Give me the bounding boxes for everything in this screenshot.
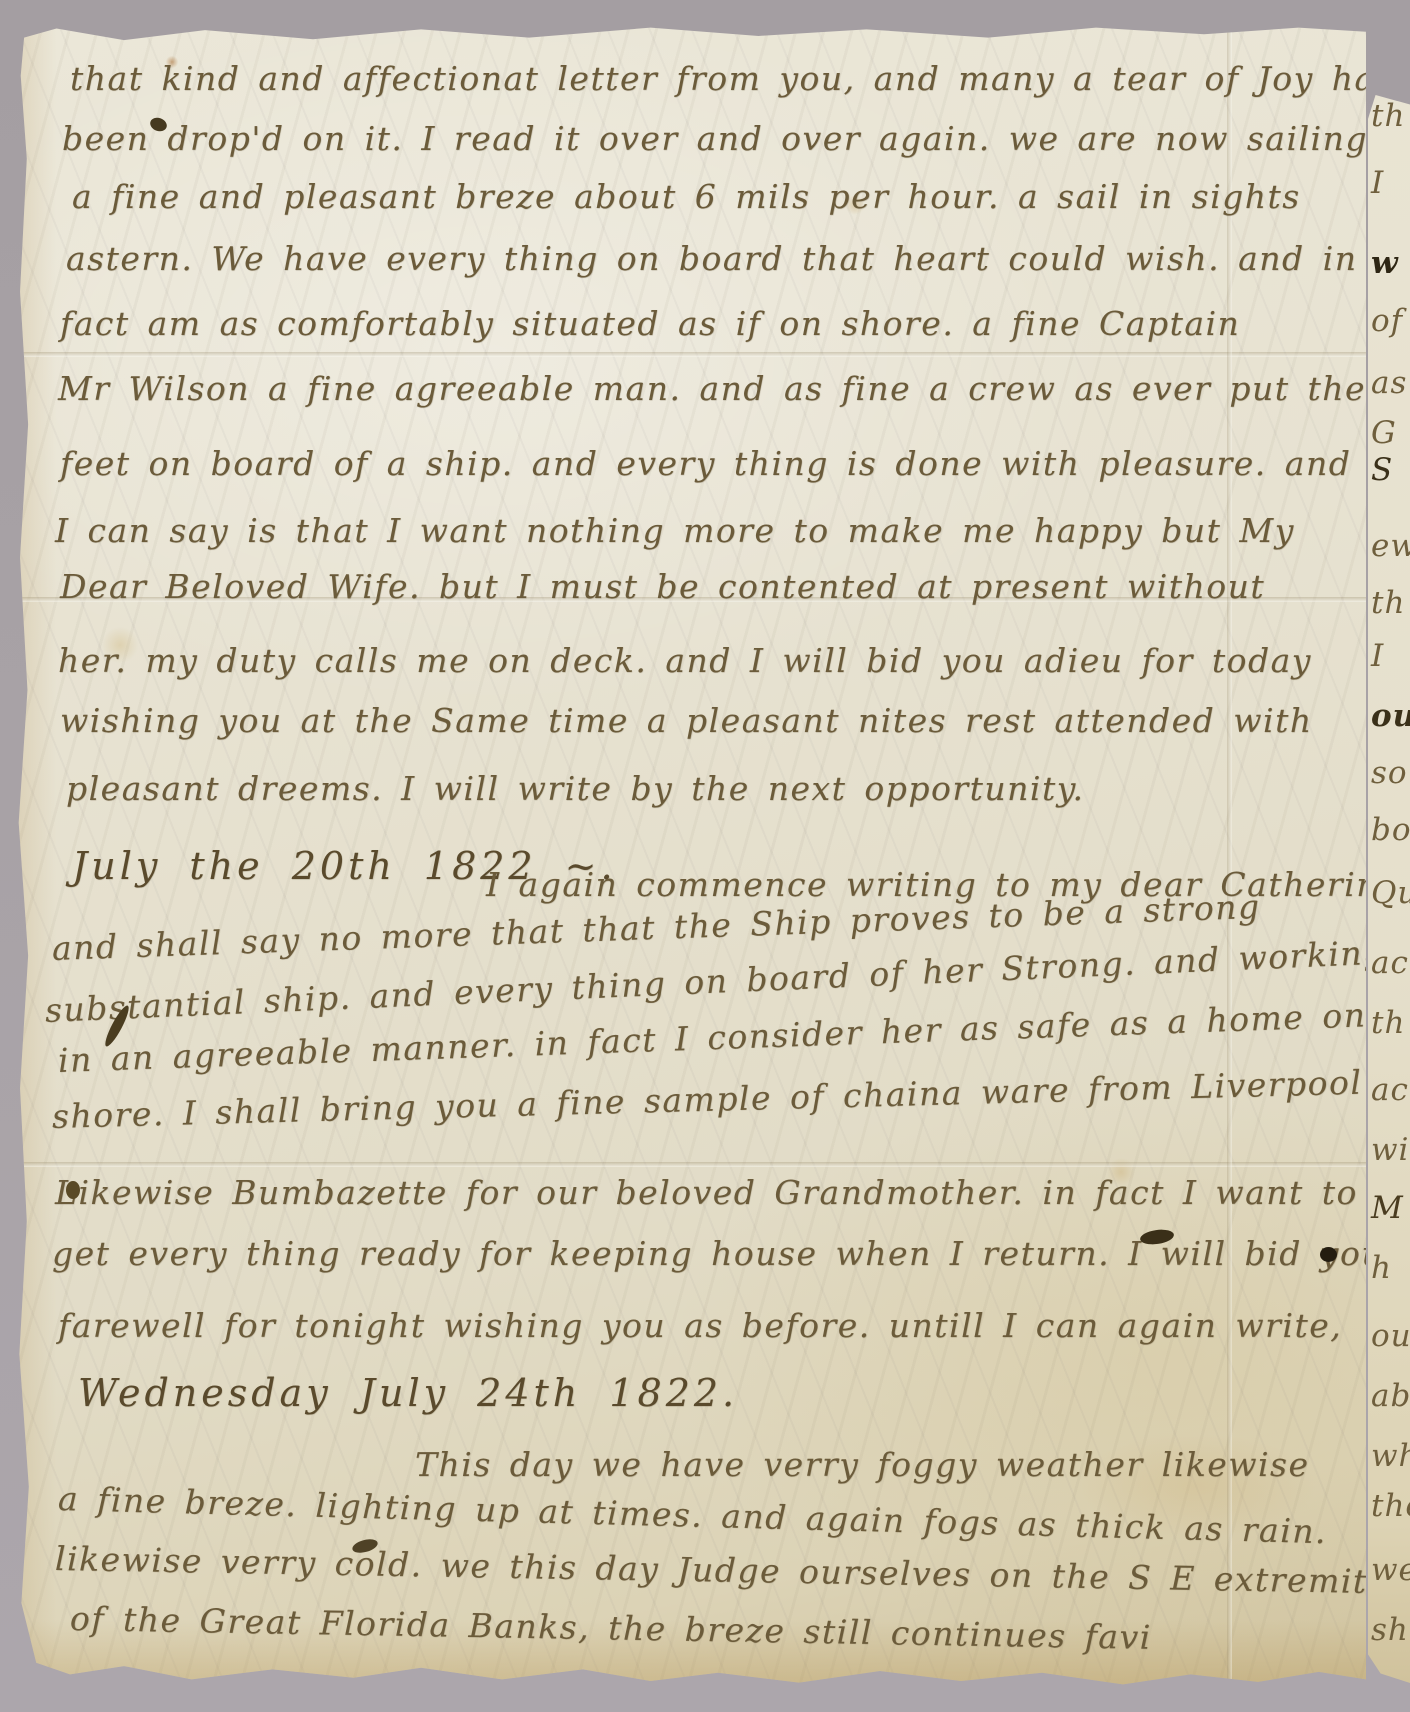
partial-text-fragment: wi: [1371, 1132, 1409, 1168]
letter-line: farewell for tonight wishing you as befo…: [58, 1307, 1342, 1345]
partial-text-fragment: ac: [1371, 1072, 1409, 1108]
fold-crease: [16, 352, 1366, 357]
partial-text-fragment: th: [1371, 98, 1405, 134]
partial-text-fragment: so: [1371, 755, 1408, 791]
partial-text-fragment: S: [1371, 452, 1393, 488]
letter-line: This day we have verry foggy weather lik…: [415, 1446, 1310, 1484]
date-heading: Wednesday July 24th 1822.: [78, 1372, 738, 1416]
partial-text-fragment: shi: [1371, 1612, 1410, 1648]
letter-line: get every thing ready for keeping house …: [52, 1235, 1384, 1273]
partial-text-fragment: ew: [1371, 528, 1410, 564]
partial-text-fragment: ab: [1371, 1378, 1410, 1414]
partial-text-fragment: I: [1371, 165, 1384, 201]
ink-blot: [66, 1181, 80, 1199]
letter-page: that kind and affectionat letter from yo…: [16, 26, 1366, 1686]
letter-line: been drop'd on it. I read it over and ov…: [62, 120, 1410, 158]
letter-line: fact am as comfortably situated as if on…: [60, 305, 1240, 343]
adjacent-page-edge: th I w of as G S ew th I ou so bo Qu ac …: [1368, 95, 1410, 1683]
letter-line: that kind and affectionat letter from yo…: [70, 60, 1394, 98]
partial-text-fragment: I: [1371, 638, 1384, 674]
letter-line: astern. We have every thing on board tha…: [66, 240, 1357, 278]
letter-line: Dear Beloved Wife. but I must be content…: [60, 568, 1265, 606]
partial-text-fragment: Qu: [1371, 875, 1410, 911]
partial-text-fragment: M: [1371, 1190, 1404, 1226]
letter-line: feet on board of a ship. and every thing…: [60, 445, 1410, 483]
partial-text-fragment: as: [1371, 365, 1407, 401]
fold-crease: [16, 1162, 1366, 1167]
partial-text-fragment: th: [1371, 1005, 1405, 1041]
letter-line: a fine and pleasant breze about 6 mils p…: [72, 178, 1301, 216]
partial-text-fragment: wh: [1371, 1438, 1410, 1474]
partial-text-fragment: we: [1371, 1552, 1410, 1588]
letter-line: I can say is that I want nothing more to…: [55, 512, 1295, 550]
partial-text-fragment: ou: [1371, 698, 1410, 734]
partial-text-fragment: w: [1371, 245, 1399, 281]
letter-line: her. my duty calls me on deck. and I wil…: [58, 642, 1312, 680]
letter-line: of the Great Florida Banks, the breze st…: [70, 1600, 1152, 1657]
partial-text-fragment: bo: [1371, 812, 1410, 848]
ink-blot: [1320, 1247, 1337, 1262]
partial-text-fragment: th: [1371, 585, 1405, 621]
letter-line: likewise verry cold. we this day Judge o…: [55, 1540, 1388, 1601]
letter-line: wishing you at the Same time a pleasant …: [60, 702, 1313, 740]
partial-text-fragment: G: [1371, 415, 1397, 451]
partial-text-fragment: ac: [1371, 945, 1409, 981]
letter-line: Mr Wilson a fine agreeable man. and as f…: [58, 370, 1395, 408]
partial-text-fragment: of: [1371, 303, 1403, 339]
letter-line: pleasant dreems. I will write by the nex…: [66, 770, 1084, 808]
photograph-background: that kind and affectionat letter from yo…: [0, 0, 1410, 1712]
partial-text-fragment: h: [1371, 1250, 1392, 1286]
letter-line: a fine breze. lighting up at times. and …: [58, 1480, 1328, 1551]
letter-line: Likewise Bumbazette for our beloved Gran…: [55, 1174, 1358, 1212]
partial-text-fragment: the: [1371, 1488, 1410, 1524]
partial-text-fragment: ou: [1371, 1318, 1410, 1354]
letter-line: shore. I shall bring you a fine sample o…: [52, 1064, 1363, 1136]
